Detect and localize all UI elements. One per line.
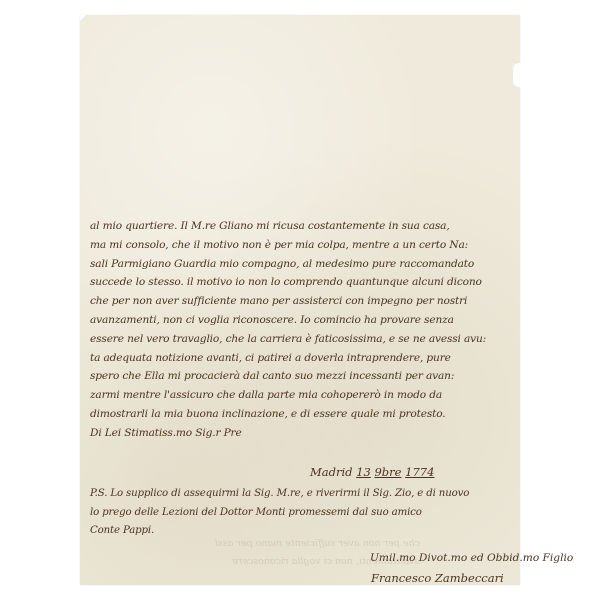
body-line: spero che Ella mi procacierà dal canto s… <box>90 367 518 386</box>
body-line: zarmi mentre l'assicuro che dalla parte … <box>90 386 518 405</box>
letter-body: al mio quartiere. Il M.re Gliano mi ricu… <box>90 217 518 443</box>
letter-page: che per non aver sufficiente mano per as… <box>80 15 520 585</box>
body-line: che per non aver sufficiente mano per as… <box>90 292 518 311</box>
torn-corner <box>80 15 86 21</box>
date-year: 1774 <box>405 465 434 479</box>
date-day: 13 <box>356 465 371 479</box>
date-place: Madrid <box>310 465 353 479</box>
postscript-line: lo prego delle Lezioni del Dottor Monti … <box>90 504 518 523</box>
date-month: 9bre <box>374 465 401 479</box>
body-line: essere nel vero travaglio, che la carrie… <box>90 330 518 349</box>
closing-formula: Umil.mo Divot.mo ed Obbid.mo Figlio <box>370 552 573 564</box>
body-line: succede lo stesso. il motivo io non lo c… <box>90 273 518 292</box>
postscript-line: P.S. Lo supplico di assequirmi la Sig. M… <box>90 485 518 504</box>
body-line: sali Parmigiano Guardia mio compagno, al… <box>90 255 518 274</box>
body-line: ta adequata notizione avanti, ci patirei… <box>90 349 518 368</box>
postscript: P.S. Lo supplico di assequirmi la Sig. M… <box>90 485 518 541</box>
body-line: avanzamenti, non ci voglia riconoscere. … <box>90 311 518 330</box>
body-line: dimostrarli la mia buona inclinazione, e… <box>90 405 518 424</box>
postscript-line: Conte Pappi. <box>90 522 518 541</box>
edge-tear <box>513 63 521 87</box>
salutation-line: Di Lei Stimatiss.mo Sig.r Pre <box>90 424 518 443</box>
body-line: al mio quartiere. Il M.re Gliano mi ricu… <box>90 217 518 236</box>
body-line: ma mi consolo, che il motivo non è per m… <box>90 236 518 255</box>
dateline: Madrid 13 9bre 1774 <box>310 465 434 479</box>
signature: Francesco Zambeccari <box>371 571 504 585</box>
